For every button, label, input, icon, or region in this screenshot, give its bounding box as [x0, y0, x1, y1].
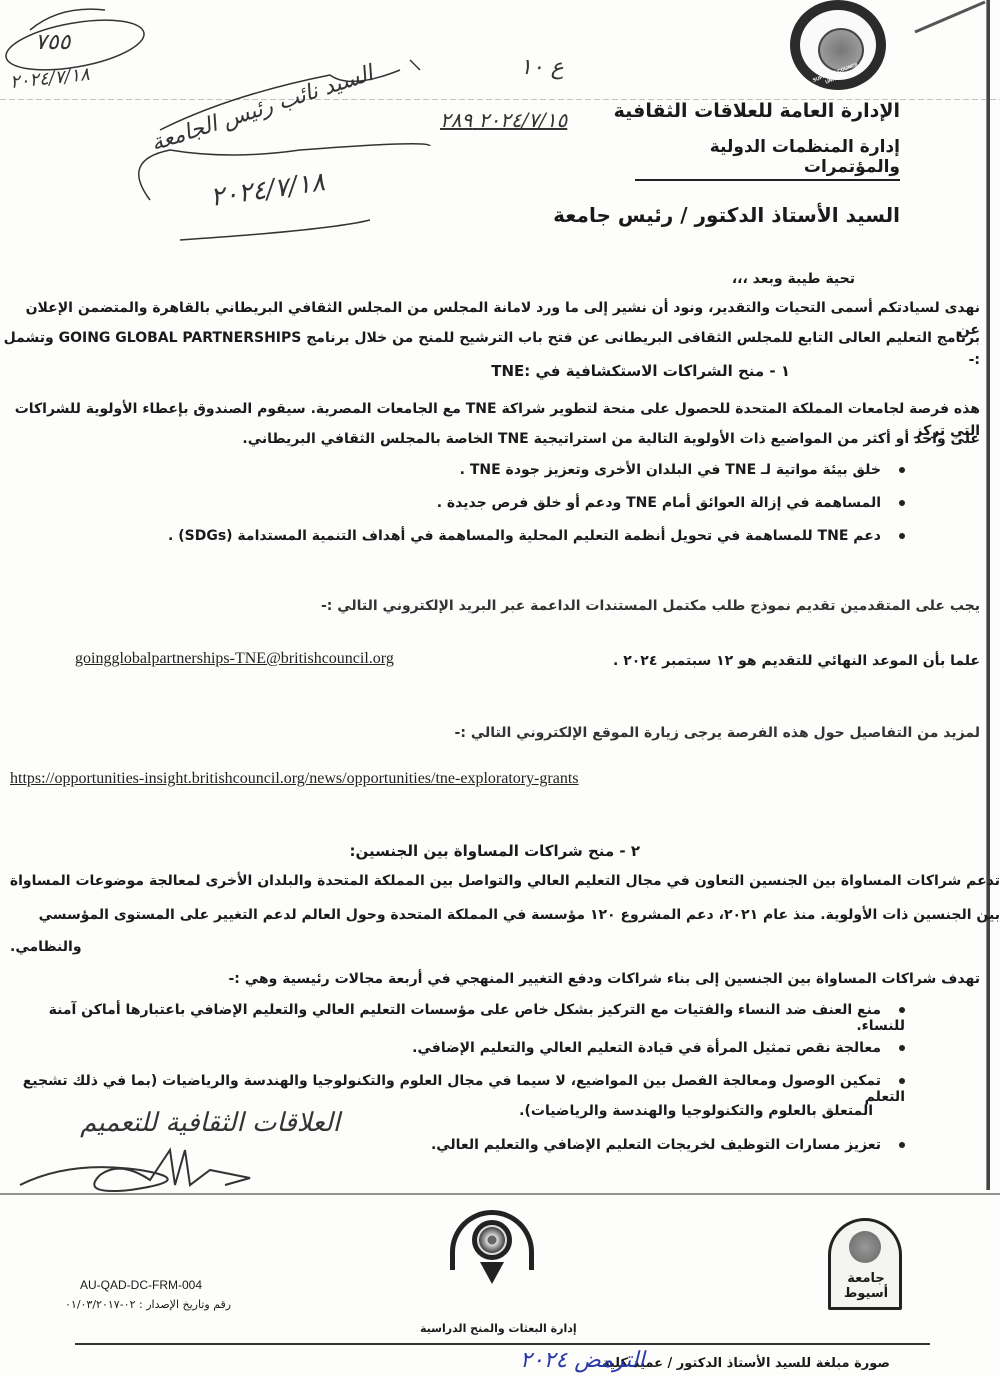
- signature: [10, 1140, 270, 1200]
- bullet-icon: [899, 1142, 905, 1148]
- salutation: السيد الأستاذ الدكتور / رئيس جامعة: [553, 203, 900, 227]
- email-link[interactable]: goingglobalpartnerships-TNE@britishcounc…: [75, 650, 394, 668]
- section1-para-line-2: على واحد أو أكثر من المواضيع ذات الأولوي…: [0, 428, 980, 450]
- bullet-icon: [899, 533, 905, 539]
- footer-rule: [75, 1343, 930, 1345]
- section1-bullet: دعم TNE للمساهمة في تحويل أنظمة التعليم …: [168, 528, 905, 544]
- handwritten-number: ٧٥٥: [35, 30, 70, 55]
- section1-heading: ١ - منح الشراكات الاستكشافية في :TNE: [491, 360, 790, 382]
- goals-intro: تهدف شراكات المساواة بين الجنسين إلى بنا…: [0, 968, 980, 990]
- copy-note: صورة مبلغة للسيد الأستاذ الدكتور / عميد …: [602, 1356, 890, 1371]
- section1-bullet: خلق بيئة مواتية لـ TNE في البلدان الأخرى…: [460, 462, 905, 478]
- bullet-icon: [899, 1045, 905, 1051]
- handwritten-faculty: الترمض ٢٠٢٤: [520, 1348, 645, 1373]
- bullet-icon: [899, 467, 905, 473]
- form-code: AU-QAD-DC-FRM-004: [80, 1278, 202, 1292]
- pen-stroke: [910, 0, 990, 40]
- page-border: [986, 0, 990, 1190]
- department-sub: إدارة المنظمات الدولية والمؤتمرات: [635, 137, 900, 181]
- greeting: تحية طيبة وبعد ،،،: [732, 268, 855, 290]
- deadline: علما بأن الموعد النهائي للتقديم هو ١٢ سب…: [613, 650, 980, 672]
- department-footer: إدارة البعثات والمنح الدراسية: [420, 1322, 577, 1335]
- handwritten-ref-top: ع ١٠: [520, 55, 564, 80]
- bullet-icon: [899, 500, 905, 506]
- section2-para-line-1: تدعم شراكات المساواة بين الجنسين التعاون…: [5, 870, 1000, 892]
- opportunity-url-link[interactable]: https://opportunities-insight.britishcou…: [10, 770, 579, 788]
- handwritten-circulation-note: العلاقات الثقافية للتعميم: [10, 1108, 340, 1138]
- section2-bullet: تمكين الوصول ومعالجة الفصل بين المواضيع،…: [0, 1073, 905, 1105]
- logo-heart-icon: [480, 1262, 504, 1284]
- assiut-university-logo: جامعة أسيوط: [828, 1218, 902, 1310]
- intro-line-2: برنامج التعليم العالى التابع للمجلس الثق…: [0, 327, 980, 371]
- scientific-relations-logo: [450, 1210, 534, 1290]
- details-note: لمزيد من التفاصيل حول هذه الفرصة يرجى زي…: [455, 722, 980, 744]
- logo-wheel-icon: [472, 1220, 512, 1260]
- section2-bullet-continuation: المتعلق بالعلوم والتكنولوجيا والهندسة وا…: [519, 1103, 873, 1119]
- bullet-icon: [899, 1078, 905, 1084]
- section2-para-line-3: والنظامي.: [10, 936, 82, 958]
- logo-label: جامعة أسيوط: [837, 1271, 895, 1301]
- supreme-council-stamp: SUPREME COUNCIL OF UNIVERSITIES: [790, 0, 886, 90]
- section2-bullet: تعزيز مسارات التوظيف لخريجات التعليم الإ…: [431, 1137, 905, 1153]
- issue-date: رقم وتاريخ الإصدار : ٠٢-٠١/٠٣/٢٠١٧: [65, 1298, 231, 1311]
- bullet-icon: [899, 1007, 905, 1013]
- section2-heading: ٢ - منح شراكات المساواة بين الجنسين:: [350, 840, 640, 862]
- section2-bullet: منع العنف ضد النساء والفتيات مع التركيز …: [0, 1002, 905, 1034]
- logo-sun-icon: [849, 1231, 881, 1263]
- department-general: الإدارة العامة للعلاقات الثقافية: [614, 100, 900, 122]
- section2-para-line-2: بين الجنسين ذات الأولوية. منذ عام ٢٠٢١، …: [5, 904, 1000, 926]
- section2-bullet: معالجة نقص تمثيل المرأة في قيادة التعليم…: [412, 1040, 905, 1056]
- handwritten-ref-number: ٢٠٢٤/٧/١٥ ٢٨٩: [440, 108, 567, 132]
- section1-bullet: المساهمة في إزالة العوائق أمام TNE ودعم …: [437, 495, 905, 511]
- apply-note: يجب على المتقدمين تقديم نموذج طلب مكتمل …: [0, 595, 980, 617]
